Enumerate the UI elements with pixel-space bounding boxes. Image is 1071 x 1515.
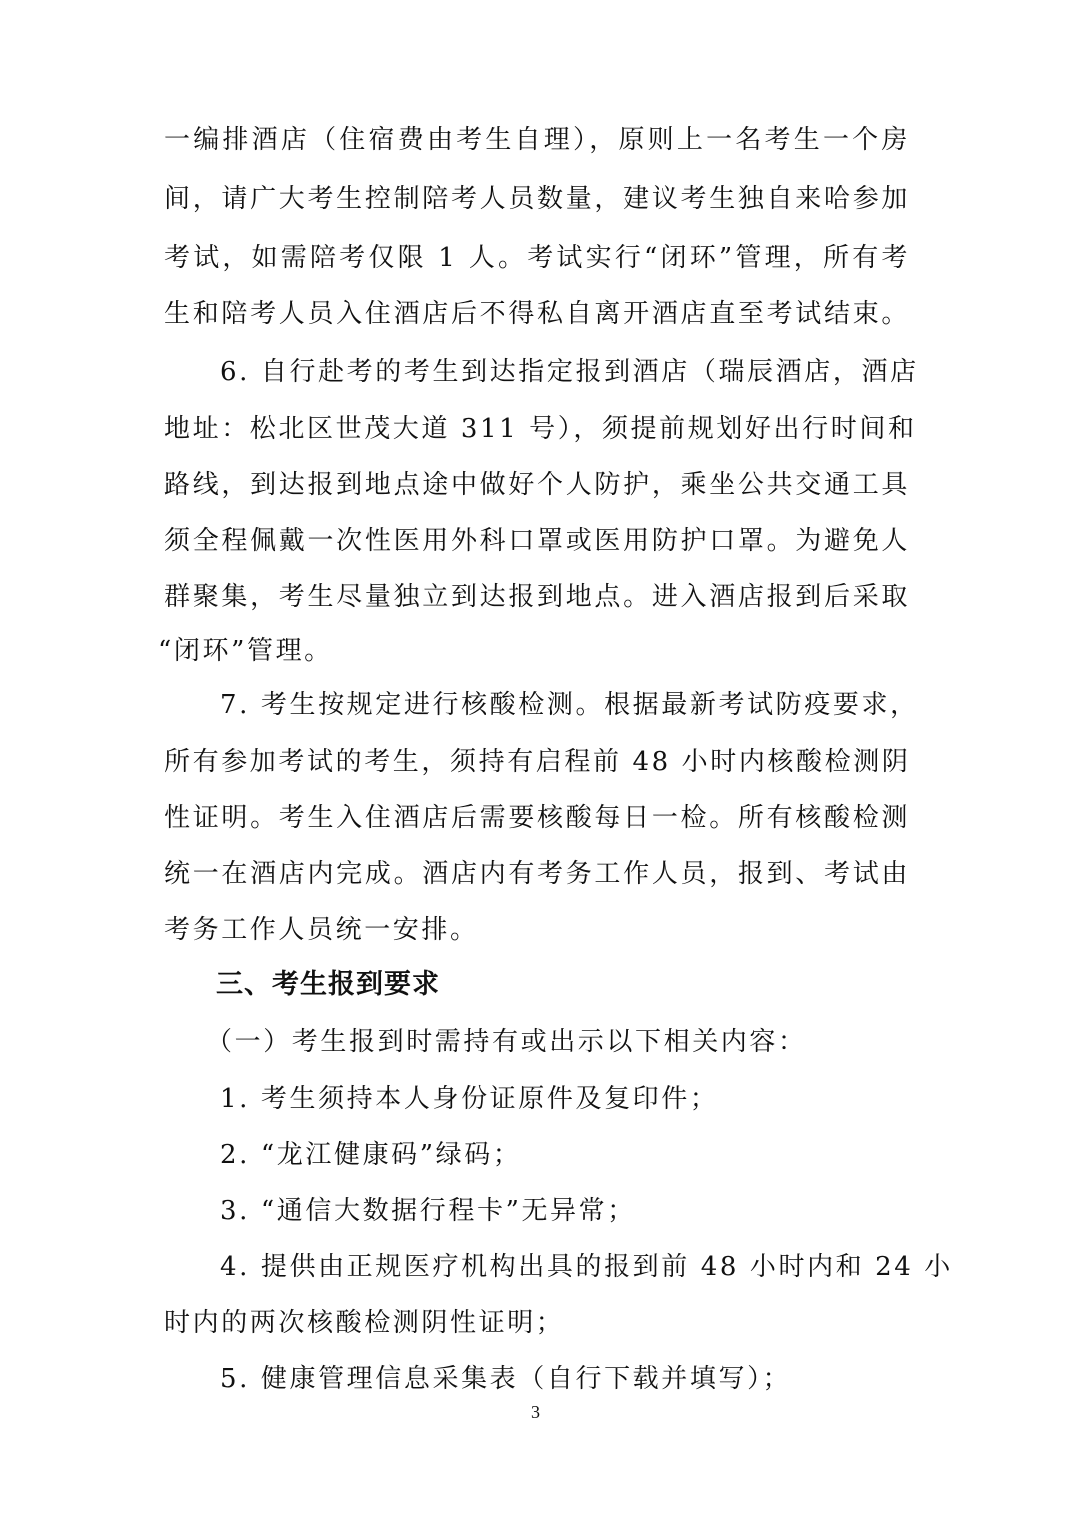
- item-7-line: 考务工作人员统一安排。: [164, 913, 910, 947]
- requirement-item-4-line: 4. 提供由正规医疗机构出具的报到前 48 小时内和 24 小: [220, 1250, 910, 1284]
- paragraph-line: 一编排酒店（住宿费由考生自理），原则上一名考生一个房: [164, 123, 910, 157]
- subheading: （一）考生报到时需持有或出示以下相关内容：: [206, 1025, 910, 1059]
- requirement-item-2: 2. “龙江健康码”绿码；: [220, 1138, 910, 1172]
- item-6-line: 路线，到达报到地点途中做好个人防护，乘坐公共交通工具: [164, 468, 910, 502]
- item-7-line: 7. 考生按规定进行核酸检测。根据最新考试防疫要求，: [220, 688, 910, 722]
- requirement-item-5: 5. 健康管理信息采集表（自行下载并填写）；: [220, 1362, 910, 1396]
- page-number: 3: [0, 1402, 1071, 1423]
- section-heading: 三、考生报到要求: [216, 968, 440, 1002]
- requirement-item-3: 3. “通信大数据行程卡”无异常；: [220, 1194, 910, 1228]
- paragraph-line: 生和陪考人员入住酒店后不得私自离开酒店直至考试结束。: [164, 297, 910, 331]
- item-7-line: 统一在酒店内完成。酒店内有考务工作人员，报到、考试由: [164, 857, 910, 891]
- document-page: 一编排酒店（住宿费由考生自理），原则上一名考生一个房 间，请广大考生控制陪考人员…: [0, 0, 1071, 1515]
- paragraph-line: 间，请广大考生控制陪考人员数量，建议考生独自来哈参加: [164, 182, 910, 216]
- item-6-line: 地址：松北区世茂大道 311 号），须提前规划好出行时间和: [164, 412, 910, 446]
- requirement-item-4-line: 时内的两次核酸检测阴性证明；: [164, 1306, 910, 1340]
- item-6-line: 群聚集，考生尽量独立到达报到地点。进入酒店报到后采取: [164, 580, 910, 614]
- item-7-line: 性证明。考生入住酒店后需要核酸每日一检。所有核酸检测: [164, 801, 910, 835]
- item-6-line: “闭环”管理。: [158, 634, 904, 668]
- item-6-line: 6. 自行赴考的考生到达指定报到酒店（瑞辰酒店，酒店: [220, 355, 910, 389]
- item-6-line: 须全程佩戴一次性医用外科口罩或医用防护口罩。为避免人: [164, 524, 910, 558]
- item-7-line: 所有参加考试的考生，须持有启程前 48 小时内核酸检测阴: [164, 745, 910, 779]
- paragraph-line: 考试，如需陪考仅限 1 人。考试实行“闭环”管理，所有考: [164, 241, 910, 275]
- requirement-item-1: 1. 考生须持本人身份证原件及复印件；: [220, 1082, 910, 1116]
